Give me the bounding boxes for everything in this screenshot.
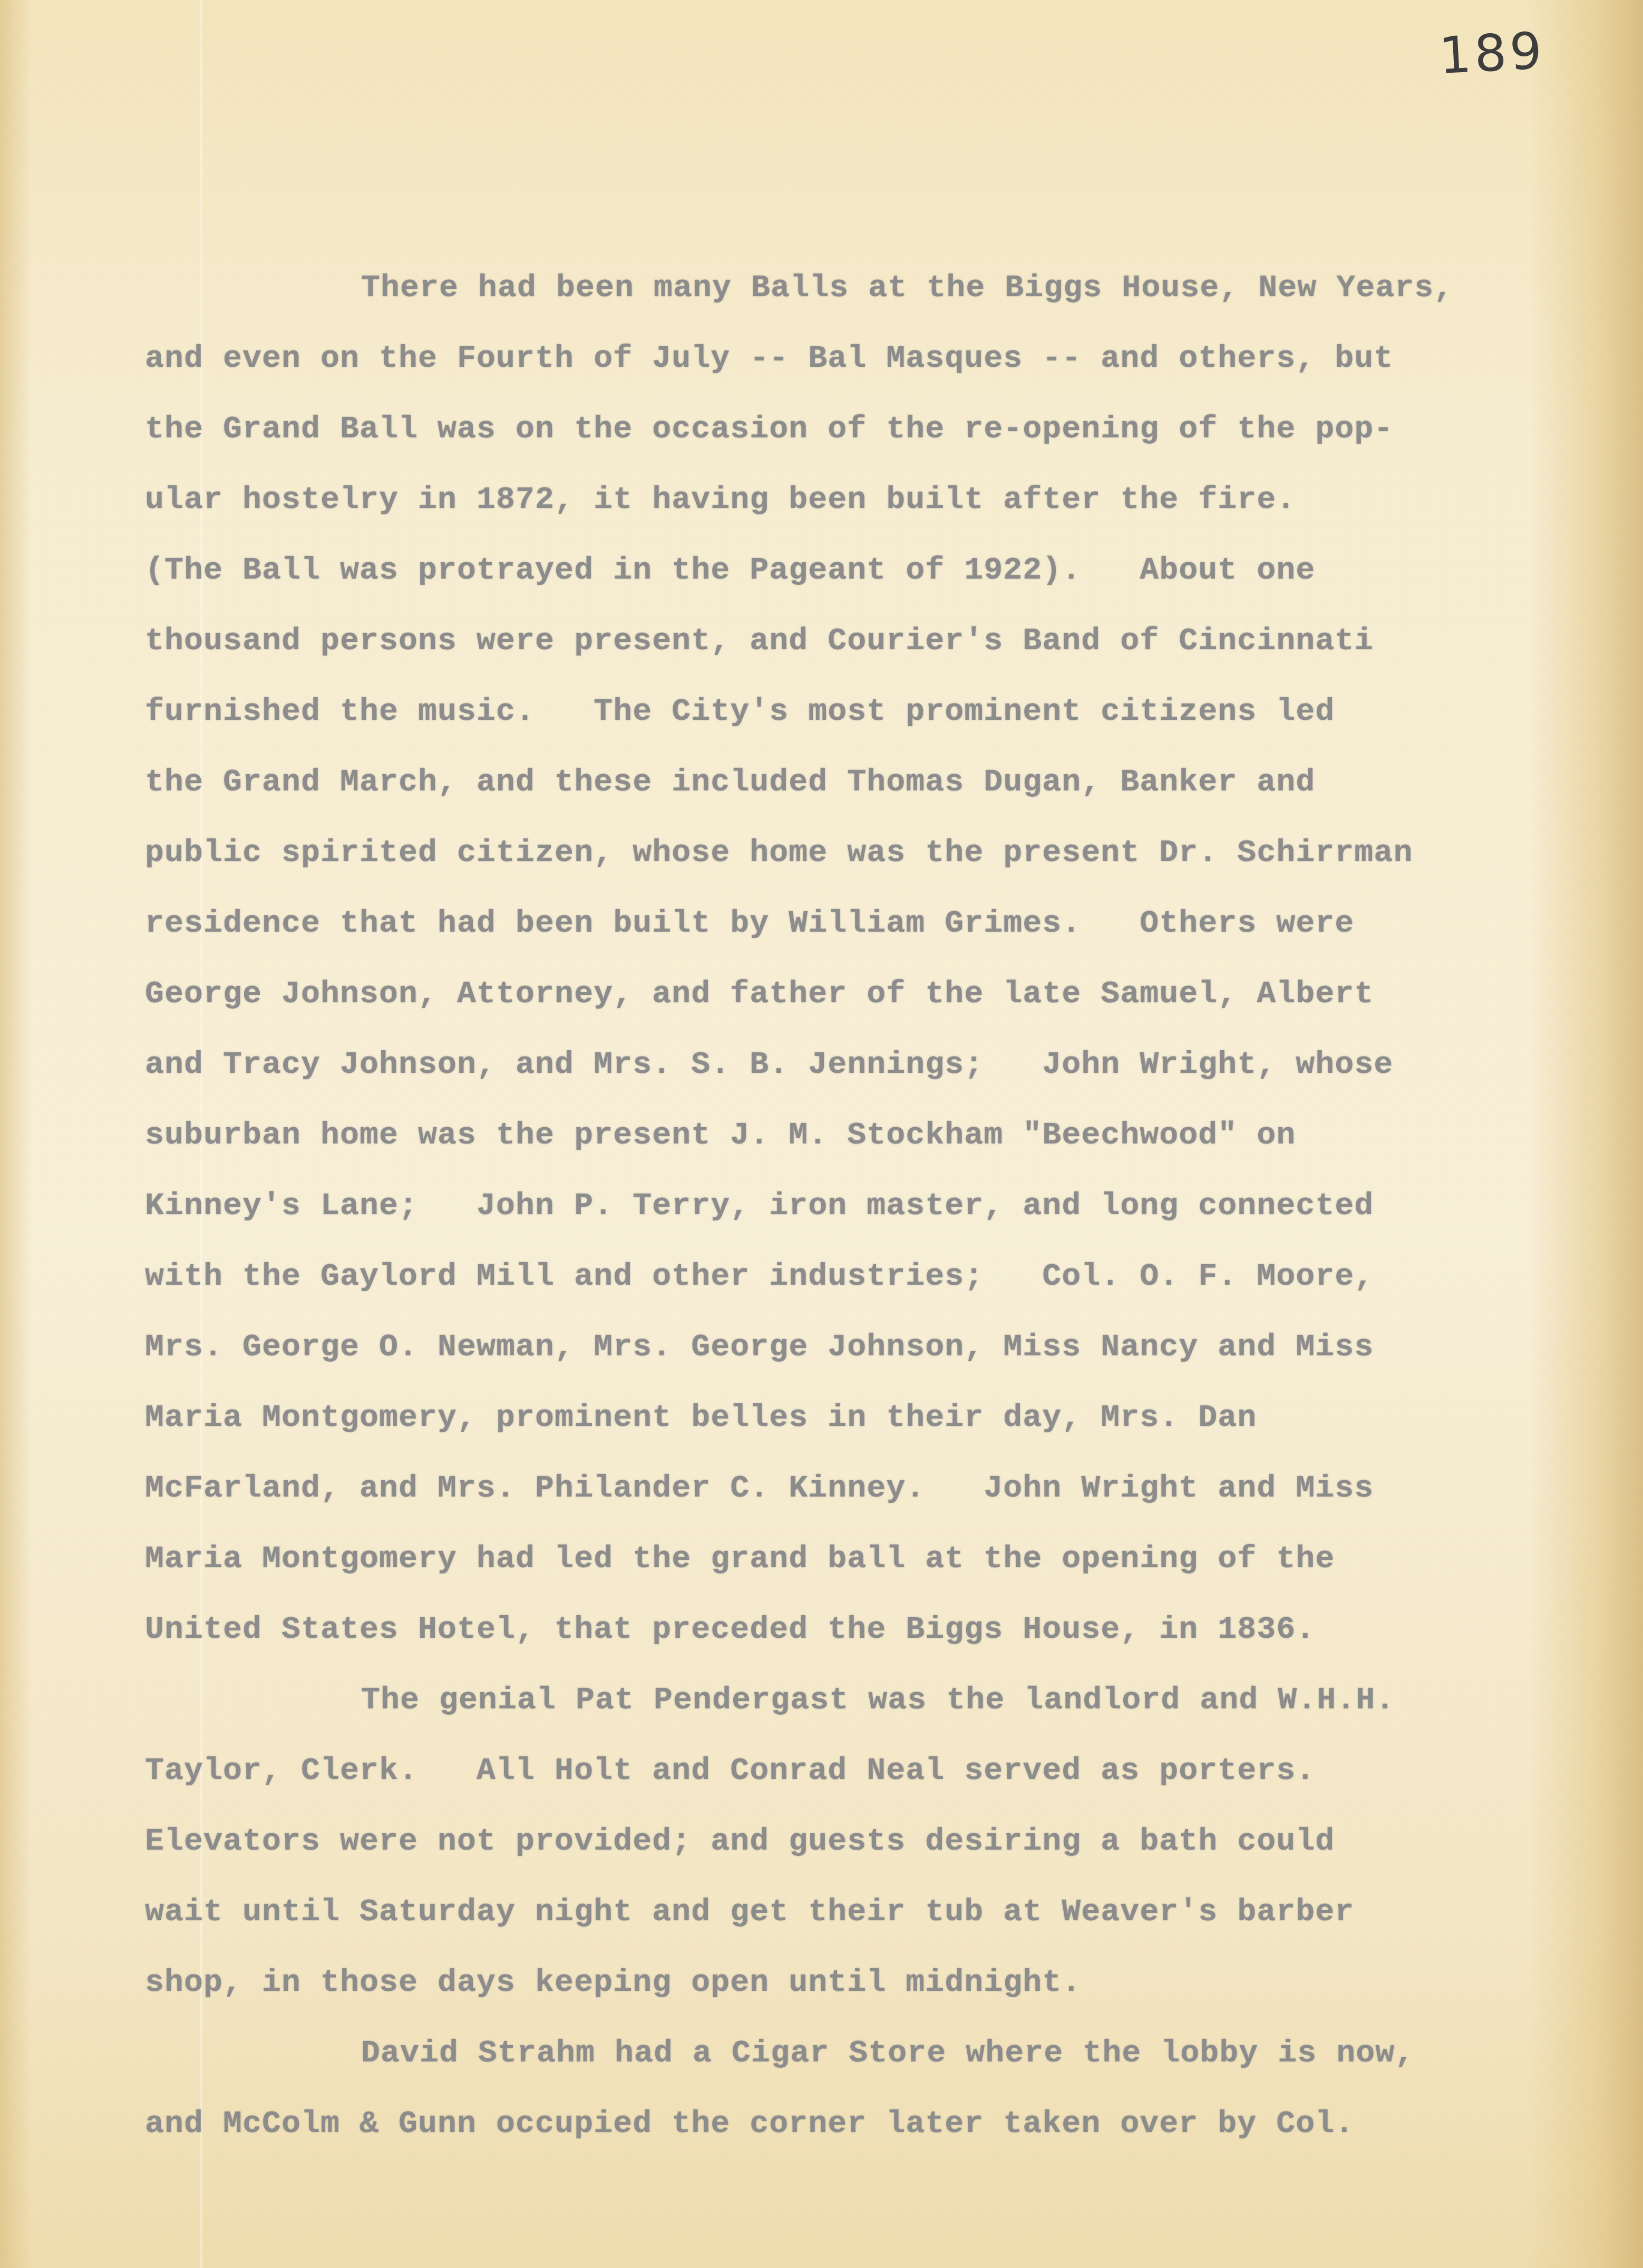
text-line: with the Gaylord Mill and other industri…: [145, 1241, 1568, 1312]
text-line: McFarland, and Mrs. Philander C. Kinney.…: [145, 1453, 1568, 1524]
text-line: United States Hotel, that preceded the B…: [145, 1595, 1568, 1665]
text-line: Mrs. George O. Newman, Mrs. George Johns…: [145, 1312, 1568, 1383]
handwritten-page-number: 189: [1437, 21, 1547, 85]
text-line: Kinney's Lane; John P. Terry, iron maste…: [145, 1171, 1568, 1241]
text-line: George Johnson, Attorney, and father of …: [145, 959, 1568, 1030]
text-line: furnished the music. The City's most pro…: [145, 677, 1568, 747]
text-line: shop, in those days keeping open until m…: [145, 1948, 1568, 2018]
text-line: The genial Pat Pendergast was the landlo…: [145, 1665, 1568, 1736]
document-page: 189 There had been many Balls at the Big…: [0, 0, 1643, 2268]
text-line: (The Ball was protrayed in the Pageant o…: [145, 535, 1568, 606]
text-line: David Strahm had a Cigar Store where the…: [145, 2018, 1568, 2089]
text-line: and McColm & Gunn occupied the corner la…: [145, 2089, 1568, 2159]
text-line: ular hostelry in 1872, it having been bu…: [145, 465, 1568, 535]
text-line: thousand persons were present, and Couri…: [145, 606, 1568, 677]
text-line: suburban home was the present J. M. Stoc…: [145, 1100, 1568, 1171]
text-line: wait until Saturday night and get their …: [145, 1877, 1568, 1948]
text-line: the Grand Ball was on the occasion of th…: [145, 394, 1568, 465]
typewritten-text-body: There had been many Balls at the Biggs H…: [145, 253, 1568, 2159]
text-line: the Grand March, and these included Thom…: [145, 747, 1568, 818]
text-line: and Tracy Johnson, and Mrs. S. B. Jennin…: [145, 1030, 1568, 1100]
text-line: Maria Montgomery, prominent belles in th…: [145, 1383, 1568, 1453]
text-line: Maria Montgomery had led the grand ball …: [145, 1524, 1568, 1595]
text-line: Taylor, Clerk. All Holt and Conrad Neal …: [145, 1736, 1568, 1806]
text-line: residence that had been built by William…: [145, 888, 1568, 959]
text-line: There had been many Balls at the Biggs H…: [145, 253, 1568, 324]
text-line: Elevators were not provided; and guests …: [145, 1806, 1568, 1877]
text-line: and even on the Fourth of July -- Bal Ma…: [145, 324, 1568, 394]
text-line: public spirited citizen, whose home was …: [145, 818, 1568, 888]
